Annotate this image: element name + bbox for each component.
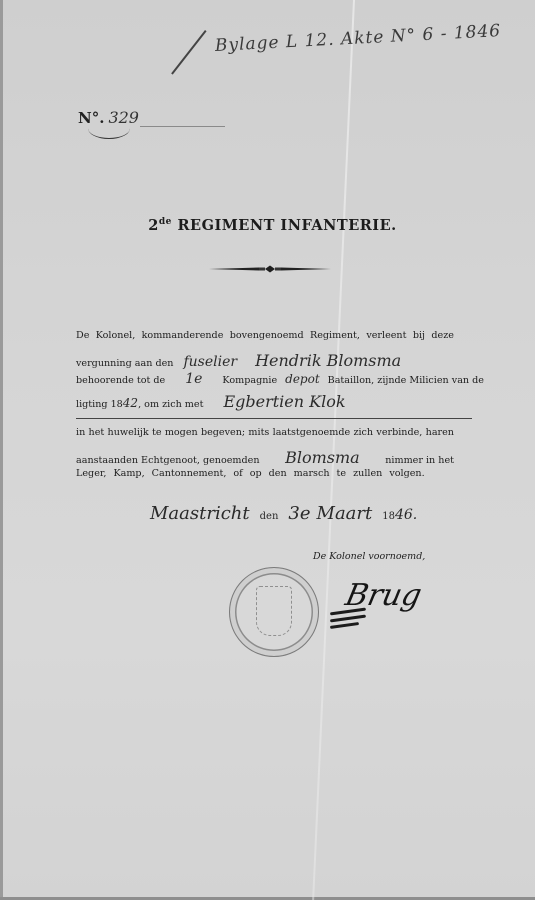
handwritten-battalion: depot	[285, 372, 320, 386]
handwritten-groom-name: Hendrik Blomsma	[255, 351, 401, 370]
handwritten-bride-name: Egbertien Klok	[223, 392, 345, 411]
word: het	[89, 427, 105, 438]
document-page: Bylage L 12. Akte N° 6 - 1846 N°. 329 2d…	[0, 0, 535, 900]
printed-text: nimmer in het	[385, 455, 454, 466]
body-line-3: behoorende tot de 1e Kompagnie depot Bat…	[76, 371, 454, 392]
word: laatstgenoemde	[273, 427, 351, 438]
word: den	[269, 468, 287, 479]
word: op	[250, 468, 262, 479]
printed-text: Bataillon, zijnde Milicien van de	[328, 375, 484, 386]
handwritten-levy-year: 42	[123, 396, 138, 410]
word: kommanderende	[142, 330, 224, 341]
word: bij	[413, 330, 425, 341]
handwritten-month: Maart	[317, 503, 373, 524]
word: Kolonel,	[96, 330, 136, 341]
word: Kamp,	[113, 468, 144, 479]
word: volgen.	[389, 468, 424, 479]
handwritten-company: 1e	[185, 371, 202, 387]
archive-annotation: Bylage L 12. Akte N° 6 - 1846	[214, 21, 501, 56]
number-dotted-line	[140, 126, 225, 127]
word: zullen	[353, 468, 382, 479]
signer-label: De Kolonel voornoemd,	[313, 551, 425, 562]
year-printed: 18	[382, 511, 395, 522]
handwritten-groom-surname: Blomsma	[285, 448, 360, 467]
title-ordinal: 2	[148, 217, 159, 234]
word: mits	[248, 427, 269, 438]
separator-rule	[76, 418, 472, 419]
regimental-seal-icon	[229, 567, 319, 657]
printed-text: ligting 18	[76, 399, 123, 410]
ornament-divider-icon	[209, 265, 331, 273]
body-line-4: ligting 18 42 , om zich met Egbertien Kl…	[76, 392, 454, 413]
body-line-2: vergunning aan den fuselier Hendrik Blom…	[76, 351, 454, 372]
printed-text: vergunning aan den	[76, 358, 173, 369]
page-left-edge	[0, 0, 3, 900]
word: te	[337, 468, 347, 479]
body-line-5: in het huwelijk te mogen begeven; mits l…	[76, 427, 454, 448]
body-line-7: Leger, Kamp, Cantonnement, of op den mar…	[76, 468, 454, 489]
annotation-slash-mark	[171, 30, 206, 75]
handwritten-place: Maastricht	[150, 503, 250, 524]
document-title: 2de REGIMENT INFANTERIE.	[0, 217, 535, 234]
word: De	[76, 330, 89, 341]
place-and-date: Maastricht den 3e Maart 1846.	[150, 503, 450, 524]
word: verleent	[366, 330, 406, 341]
word: haren	[426, 427, 454, 438]
word: marsch	[294, 468, 330, 479]
word: mogen	[165, 427, 198, 438]
printed-text: Kompagnie	[222, 375, 277, 386]
handwritten-day: 3e	[288, 503, 310, 524]
word: te	[152, 427, 162, 438]
year-prefix: 1846.	[382, 507, 417, 523]
printed-text: behoorende tot de	[76, 375, 165, 386]
colonel-signature: Brug	[342, 578, 424, 613]
printed-text: aanstaanden Echtgenoot, genoemden	[76, 455, 260, 466]
word: begeven;	[201, 427, 245, 438]
seal-crest-icon	[256, 586, 292, 636]
permission-text: De Kolonel, kommanderende bovengenoemd R…	[76, 330, 454, 489]
number-underline-curve	[88, 118, 130, 139]
word: in	[76, 427, 85, 438]
title-text: REGIMENT INFANTERIE.	[177, 217, 396, 234]
word: of	[233, 468, 242, 479]
body-line-1: De Kolonel, kommanderende bovengenoemd R…	[76, 330, 454, 351]
handwritten-rank: fuselier	[183, 354, 237, 370]
word: verbinde,	[376, 427, 422, 438]
word: zich	[353, 427, 373, 438]
printed-text: , om zich met	[138, 399, 203, 410]
word: deze	[431, 330, 454, 341]
word: huwelijk	[108, 427, 149, 438]
word: Regiment,	[310, 330, 360, 341]
word: bovengenoemd	[230, 330, 304, 341]
body-line-6: aanstaanden Echtgenoot, genoemden Blomsm…	[76, 448, 454, 469]
title-ordinal-suffix: de	[159, 217, 172, 227]
handwritten-year: 46.	[395, 507, 417, 523]
den-label: den	[260, 511, 279, 522]
signature-flourish-icon	[330, 610, 366, 631]
word: Leger,	[76, 468, 106, 479]
word: Cantonnement,	[152, 468, 227, 479]
